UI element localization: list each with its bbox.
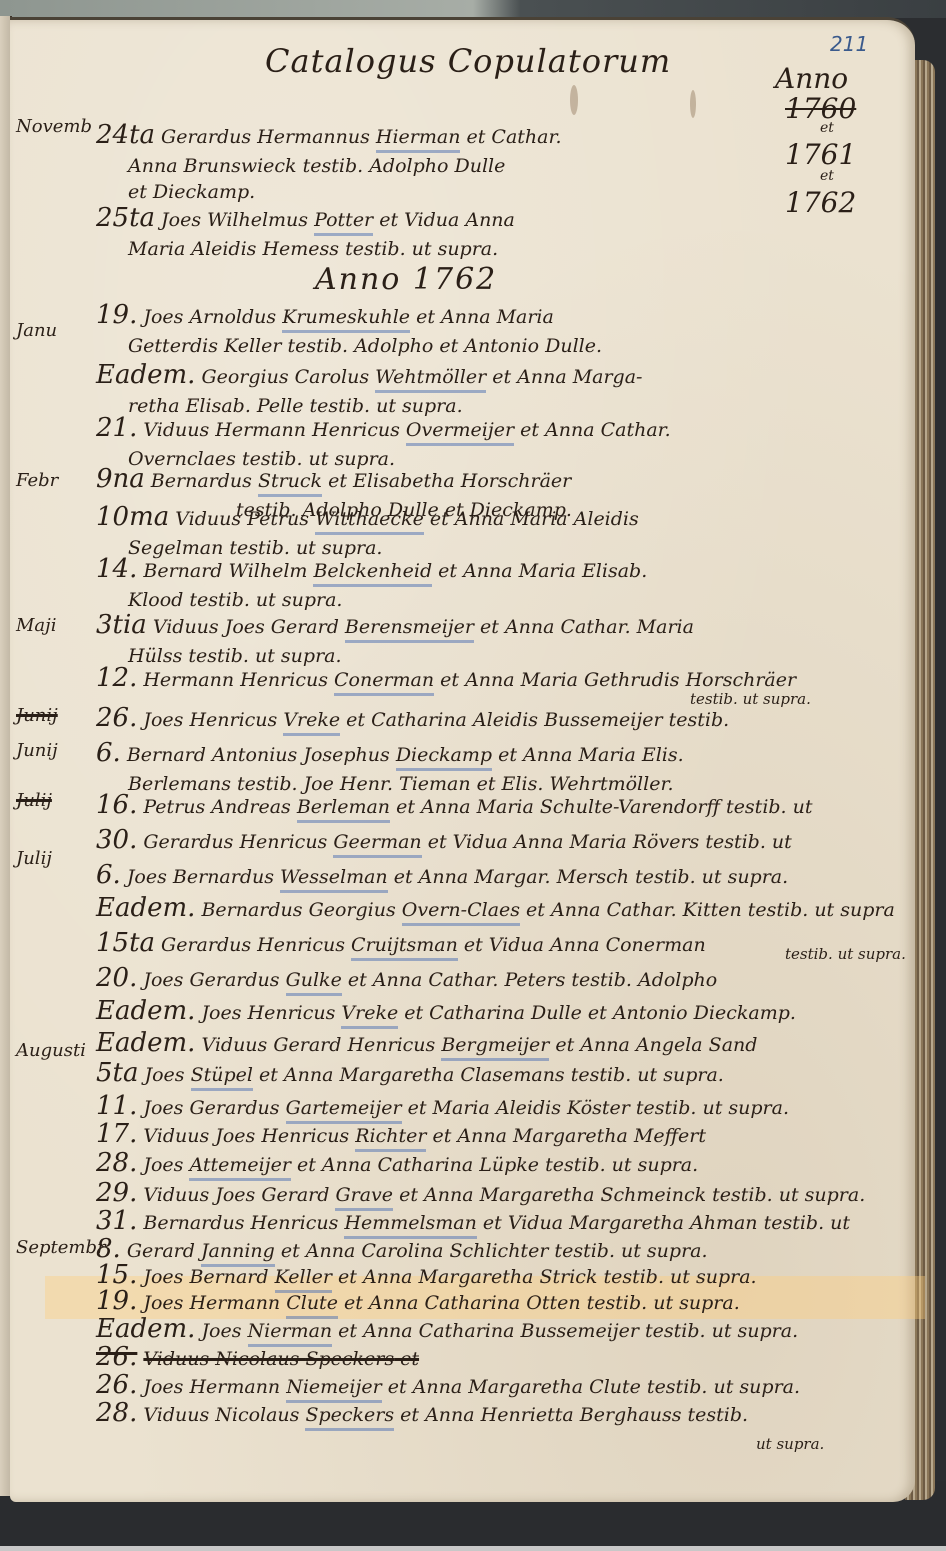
groom-name: Bernardus Georgius xyxy=(201,899,401,921)
groom-surname: Wesselman xyxy=(280,864,388,893)
month-label: Janu xyxy=(16,320,57,341)
title-anno: Anno xyxy=(775,62,848,95)
groom-surname: Attemeijer xyxy=(189,1152,290,1181)
entry-day: 29. xyxy=(96,1178,137,1208)
bride-witnesses: et Anna Maria Aleidis xyxy=(424,508,639,530)
bride-witnesses: et Anna Cathar. Peters testib. Adolpho xyxy=(342,969,717,991)
groom-surname: Richter xyxy=(355,1123,426,1152)
entry-day: 28. xyxy=(96,1148,137,1178)
bride-witnesses: et Anna Maria Elisab. xyxy=(432,560,647,582)
marriage-entry: Eadem.Viduus Gerard Henricus Bergmeijer … xyxy=(96,1030,926,1061)
groom-surname: Overmeijer xyxy=(406,417,514,446)
bride-witnesses: et Anna Margaretha Clute testib. ut supr… xyxy=(382,1376,800,1398)
groom-surname: Belckenheid xyxy=(313,558,432,587)
bride-witnesses: et Catharina Aleidis Bussemeijer testib. xyxy=(340,709,729,731)
marriage-entry: 29.Viduus Joes Gerard Grave et Anna Marg… xyxy=(96,1180,926,1211)
bride-witnesses: et Anna Margaretha Meffert xyxy=(426,1125,706,1147)
groom-name: Bernardus xyxy=(151,470,258,492)
bride-witnesses: et Vidua Margaretha Ahman testib. ut xyxy=(477,1212,850,1234)
entry-continuation: ut supra. xyxy=(96,1431,926,1457)
groom-name: Gerardus Henricus xyxy=(143,831,333,853)
groom-name: Bernardus Henricus xyxy=(143,1212,344,1234)
groom-name: Viduus Gerard Henricus xyxy=(201,1034,441,1056)
groom-name: Viduus Hermann Henricus xyxy=(143,419,406,441)
marriage-entry: 10maViduus Petrus Witthaecke et Anna Mar… xyxy=(96,504,926,561)
entry-day: 19. xyxy=(96,300,137,330)
groom-surname: Overn-Claes xyxy=(402,897,520,926)
groom-name: Bernard Antonius Josephus xyxy=(127,744,396,766)
groom-name: Joes xyxy=(145,1064,191,1086)
month-label-struck: Julij xyxy=(16,790,52,811)
entry-day: 20. xyxy=(96,963,137,993)
marriage-entry: Eadem.Georgius Carolus Wehtmöller et Ann… xyxy=(96,362,926,419)
entry-day: Eadem. xyxy=(96,893,195,923)
marriage-entry: 3tiaViduus Joes Gerard Berensmeijer et A… xyxy=(96,612,926,669)
page-number: 211 xyxy=(830,32,868,56)
marriage-entry: 30.Gerardus Henricus Geerman et Vidua An… xyxy=(96,827,926,858)
bride-witnesses: et Maria Aleidis Köster testib. ut supra… xyxy=(402,1097,789,1119)
groom-surname: Berensmeijer xyxy=(345,614,474,643)
marriage-entry: 31.Bernardus Henricus Hemmelsman et Vidu… xyxy=(96,1208,926,1239)
groom-surname: Vreke xyxy=(341,1000,398,1029)
bride-witnesses: et xyxy=(394,1348,419,1370)
bride-witnesses: et Anna Margar. Mersch testib. ut supra. xyxy=(388,866,789,888)
marriage-entry: 6.Joes Bernardus Wesselman et Anna Marga… xyxy=(96,862,926,893)
groom-surname: Krumeskuhle xyxy=(282,304,410,333)
entry-day: 25ta xyxy=(96,203,155,233)
groom-surname: Wehtmöller xyxy=(375,364,486,393)
bride-witnesses: et Anna Maria Gethrudis Horschräer xyxy=(434,669,796,691)
groom-surname: Hierman xyxy=(376,124,461,153)
entry-day: 30. xyxy=(96,825,137,855)
marriage-entry: 11.Joes Gerardus Gartemeijer et Maria Al… xyxy=(96,1093,926,1124)
groom-name: Georgius Carolus xyxy=(201,366,375,388)
entry-day: 12. xyxy=(96,663,137,693)
entry-day: Eadem. xyxy=(96,996,195,1026)
marriage-entry: 20.Joes Gerardus Gulke et Anna Cathar. P… xyxy=(96,965,926,996)
groom-surname: Grave xyxy=(335,1182,393,1211)
entry-continuation: Maria Aleidis Hemess testib. ut supra. xyxy=(96,236,926,262)
groom-name: Bernard Wilhelm xyxy=(143,560,313,582)
bride-witnesses: et Catharina Dulle et Antonio Dieckamp. xyxy=(398,1002,796,1024)
entry-continuation: et Dieckamp. xyxy=(96,179,926,205)
bride-witnesses: et Cathar. xyxy=(460,126,561,148)
groom-surname: Potter xyxy=(314,207,373,236)
month-label: Septembr xyxy=(16,1237,106,1258)
groom-name: Joes Gerardus xyxy=(143,969,285,991)
marriage-entry: 26.Joes Henricus Vreke et Catharina Alei… xyxy=(96,705,926,736)
groom-name: Viduus Joes Gerard xyxy=(153,616,345,638)
bride-witnesses: et Anna Margaretha Strick testib. ut sup… xyxy=(332,1266,757,1288)
bride-witnesses: et Vidua Anna xyxy=(373,209,515,231)
marriage-entry: Eadem.Joes Nierman et Anna Catharina Bus… xyxy=(96,1316,926,1347)
groom-name: Joes Hermann xyxy=(143,1376,286,1398)
bride-witnesses: et Anna Catharina Otten testib. ut supra… xyxy=(338,1292,740,1314)
entry-day: 5ta xyxy=(96,1058,139,1088)
entry-continuation: Anna Brunswieck testib. Adolpho Dulle xyxy=(96,153,926,179)
bride-witnesses: et Anna Catharina Bussemeijer testib. ut… xyxy=(332,1320,798,1342)
marriage-entry: 28.Viduus Nicolaus Speckers et Anna Henr… xyxy=(96,1400,926,1457)
bride-witnesses: et Anna Cathar. Maria xyxy=(474,616,694,638)
month-label: Julij xyxy=(16,848,52,869)
bride-witnesses: et Anna Marga- xyxy=(486,366,642,388)
groom-name: Joes xyxy=(143,1154,189,1176)
entry-day: 11. xyxy=(96,1091,137,1121)
bride-witnesses: et Vidua Anna Conerman xyxy=(458,934,706,956)
marriage-entry: 14.Bernard Wilhelm Belckenheid et Anna M… xyxy=(96,556,926,613)
entry-day: 9na xyxy=(96,464,145,494)
groom-surname: Conerman xyxy=(334,667,434,696)
month-label: Febr xyxy=(16,470,58,491)
marriage-entry: 19.Joes Arnoldus Krumeskuhle et Anna Mar… xyxy=(96,302,926,359)
marriage-entry: 6.Bernard Antonius Josephus Dieckamp et … xyxy=(96,740,926,797)
bride-witnesses: et Anna Cathar. Kitten testib. ut supra xyxy=(520,899,895,921)
marriage-entry: 28.Joes Attemeijer et Anna Catharina Lüp… xyxy=(96,1150,926,1181)
marriage-entry: 26.Joes Hermann Niemeijer et Anna Margar… xyxy=(96,1372,926,1403)
entry-day: Eadem. xyxy=(96,1314,195,1344)
marriage-entry: 21.Viduus Hermann Henricus Overmeijer et… xyxy=(96,415,926,472)
entry-day: 14. xyxy=(96,554,137,584)
marriage-entry: Eadem.Bernardus Georgius Overn-Claes et … xyxy=(96,895,926,926)
marriage-entry: 24taGerardus Hermannus Hierman et Cathar… xyxy=(96,122,926,205)
groom-surname: Geerman xyxy=(333,829,421,858)
bride-witnesses: et Anna Carolina Schlichter testib. ut s… xyxy=(275,1240,708,1262)
groom-name: Joes xyxy=(201,1320,247,1342)
groom-name: Joes Arnoldus xyxy=(143,306,282,328)
entry-day: Eadem. xyxy=(96,360,195,390)
bride-witnesses: et Anna Maria xyxy=(410,306,554,328)
marginal-note: testib. ut supra. xyxy=(785,945,906,963)
marriage-entry: 16.Petrus Andreas Berleman et Anna Maria… xyxy=(96,792,926,823)
entry-day: 16. xyxy=(96,790,137,820)
entry-day: 6. xyxy=(96,738,121,768)
marriage-entry: Eadem.Joes Henricus Vreke et Catharina D… xyxy=(96,998,926,1029)
groom-name: Joes Bernard xyxy=(143,1266,274,1288)
groom-surname: Hemmelsman xyxy=(344,1210,477,1239)
month-label: Junij xyxy=(16,740,58,761)
groom-surname: Stüpel xyxy=(191,1062,253,1091)
month-label: Novemb xyxy=(16,116,92,137)
groom-surname: Speckers xyxy=(305,1402,394,1431)
groom-name: Joes Wilhelmus xyxy=(161,209,314,231)
entry-continuation: Klood testib. ut supra. xyxy=(96,587,926,613)
groom-surname: Clute xyxy=(286,1290,338,1319)
marriage-entry: 5taJoes Stüpel et Anna Margaretha Clasem… xyxy=(96,1060,926,1091)
entry-day: 26. xyxy=(96,1342,137,1372)
entry-day: 24ta xyxy=(96,120,155,150)
groom-surname: Gulke xyxy=(286,967,342,996)
groom-name: Gerardus Henricus xyxy=(161,934,351,956)
marriage-entry-struck: 26.Viduus Nicolaus Speckers et xyxy=(96,1344,926,1372)
groom-name: Joes Bernardus xyxy=(127,866,280,888)
groom-name: Viduus Joes Gerard xyxy=(143,1184,335,1206)
bride-witnesses: et Anna Cathar. xyxy=(514,419,671,441)
groom-surname: Nierman xyxy=(248,1318,333,1347)
groom-surname: Niemeijer xyxy=(286,1374,382,1403)
entry-continuation: Getterdis Keller testib. Adolpho et Anto… xyxy=(96,333,926,359)
groom-name: Joes Hermann xyxy=(143,1292,286,1314)
bride-witnesses: et Anna Henrietta Berghauss testib. xyxy=(394,1404,748,1426)
entry-day: 17. xyxy=(96,1119,137,1149)
marriage-entry-highlighted: 19.Joes Hermann Clute et Anna Catharina … xyxy=(96,1288,926,1319)
groom-surname: Vreke xyxy=(283,707,340,736)
groom-name: Gerard xyxy=(127,1240,201,1262)
ink-stain xyxy=(570,85,578,115)
entry-day: 26. xyxy=(96,703,137,733)
section-heading-1762: Anno 1762 xyxy=(315,262,497,297)
groom-name: Gerardus Hermannus xyxy=(161,126,376,148)
month-label: Maji xyxy=(16,615,57,636)
entry-day: 3tia xyxy=(96,610,147,640)
groom-name: Joes Gerardus xyxy=(143,1097,285,1119)
bride-witnesses: et Elisabetha Horschräer xyxy=(322,470,571,492)
groom-name: Viduus Nicolaus xyxy=(143,1348,305,1370)
groom-name: Petrus Andreas xyxy=(143,796,296,818)
entry-day: 15ta xyxy=(96,928,155,958)
marriage-entry: 25taJoes Wilhelmus Potter et Vidua Anna … xyxy=(96,205,926,262)
groom-surname: Speckers xyxy=(305,1348,394,1370)
groom-surname: Dieckamp xyxy=(396,742,492,771)
bride-witnesses: et Anna Maria Schulte-Varendorff testib.… xyxy=(390,796,812,818)
groom-surname: Witthaecke xyxy=(315,506,424,535)
marriage-entry: 17.Viduus Joes Henricus Richter et Anna … xyxy=(96,1121,926,1152)
bride-witnesses: et Anna Margaretha Schmeinck testib. ut … xyxy=(393,1184,865,1206)
groom-surname: Berleman xyxy=(297,794,390,823)
entry-day: 10ma xyxy=(96,502,169,532)
groom-name: Viduus Nicolaus xyxy=(143,1404,305,1426)
groom-surname: Cruijtsman xyxy=(351,932,458,961)
entry-day: 21. xyxy=(96,413,137,443)
groom-name: Joes Henricus xyxy=(201,1002,341,1024)
entry-day: 6. xyxy=(96,860,121,890)
month-label-struck: Junij xyxy=(16,705,58,726)
groom-name: Joes Henricus xyxy=(143,709,283,731)
entry-day: Eadem. xyxy=(96,1028,195,1058)
ink-stain xyxy=(690,90,696,118)
entry-day: 19. xyxy=(96,1286,137,1316)
groom-name: Viduus Joes Henricus xyxy=(143,1125,355,1147)
groom-surname: Gartemeijer xyxy=(286,1095,402,1124)
groom-name: Viduus Petrus xyxy=(175,508,315,530)
page-title: Catalogus Copulatorum xyxy=(265,42,671,80)
groom-surname: Bergmeijer xyxy=(441,1032,549,1061)
entry-day: 31. xyxy=(96,1206,137,1236)
groom-name: Hermann Henricus xyxy=(143,669,334,691)
month-label: Augusti xyxy=(16,1040,86,1061)
groom-surname: Struck xyxy=(258,468,322,497)
entry-day: 26. xyxy=(96,1370,137,1400)
bride-witnesses: et Anna Angela Sand xyxy=(549,1034,757,1056)
entry-day: 28. xyxy=(96,1398,137,1428)
bride-witnesses: et Anna Margaretha Clasemans testib. ut … xyxy=(253,1064,724,1086)
bride-witnesses: et Vidua Anna Maria Rövers testib. ut xyxy=(422,831,792,853)
scan-backdrop-top xyxy=(0,0,946,18)
bride-witnesses: et Anna Maria Elis. xyxy=(492,744,684,766)
bride-witnesses: et Anna Catharina Lüpke testib. ut supra… xyxy=(291,1154,698,1176)
